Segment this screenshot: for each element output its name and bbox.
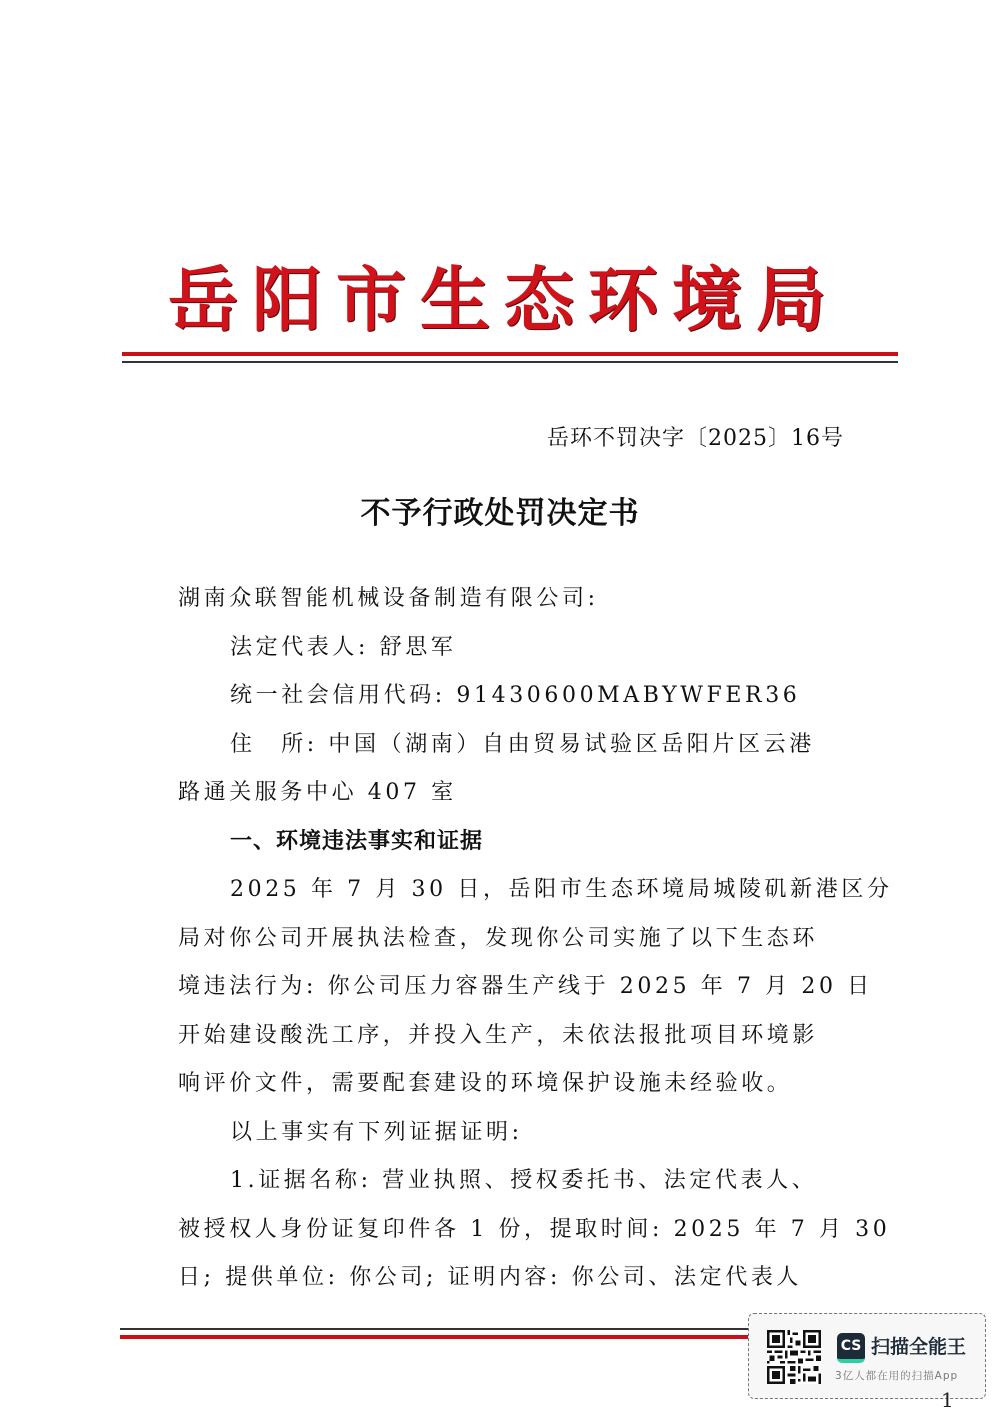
evidence-intro-line: 以上事实有下列证据证明:: [178, 1109, 844, 1158]
address-line: 住 所: 中国（湖南）自由贸易试验区岳阳片区云港: [178, 721, 844, 770]
recipient-line: 湖南众联智能机械设备制造有限公司:: [178, 575, 844, 624]
camscanner-logo-icon: CS: [837, 1333, 865, 1363]
paragraph-line: 响评价文件，需要配套建设的环境保护设施未经验收。: [178, 1060, 844, 1109]
header-red-rule: [122, 352, 898, 356]
credit-code-line: 统一社会信用代码: 91430600MABYWFER36: [178, 672, 844, 721]
agency-title: 岳阳市生态环境局: [168, 258, 858, 342]
footer-red-rule: [120, 1335, 752, 1339]
evidence-item-line: 日; 提供单位: 你公司; 证明内容: 你公司、法定代表人: [178, 1254, 844, 1303]
qr-code-icon: [767, 1330, 821, 1384]
document-body: 湖南众联智能机械设备制造有限公司: 法定代表人: 舒思军 统一社会信用代码: 9…: [178, 575, 844, 1303]
camscanner-brand: 扫描全能王: [871, 1332, 966, 1362]
paragraph-line: 2025 年 7 月 30 日，岳阳市生态环境局城陵矶新港区分: [178, 866, 844, 915]
section-heading-facts: 一、环境违法事实和证据: [178, 818, 844, 867]
page-number: 1: [941, 1388, 954, 1412]
camscanner-tagline: 3亿人都在用的扫描App: [835, 1368, 958, 1383]
header-dark-rule: [122, 361, 898, 363]
legal-representative-line: 法定代表人: 舒思军: [178, 624, 844, 673]
document-title: 不予行政处罚决定书: [0, 494, 1000, 534]
address-line-continued: 路通关服务中心 407 室: [178, 769, 844, 818]
camscanner-watermark: CS 扫描全能王 3亿人都在用的扫描App: [748, 1313, 986, 1399]
paragraph-line: 开始建设酸洗工序，并投入生产，未依法报批项目环境影: [178, 1012, 844, 1061]
paragraph-line: 境违法行为: 你公司压力容器生产线于 2025 年 7 月 20 日: [178, 963, 844, 1012]
evidence-item-line: 1.证据名称: 营业执照、授权委托书、法定代表人、: [178, 1157, 844, 1206]
evidence-item-line: 被授权人身份证复印件各 1 份，提取时间: 2025 年 7 月 30: [178, 1206, 844, 1255]
paragraph-line: 局对你公司开展执法检查，发现你公司实施了以下生态环: [178, 915, 844, 964]
document-number: 岳环不罚决字〔2025〕16号: [547, 422, 844, 456]
footer-dark-rule: [120, 1328, 752, 1330]
